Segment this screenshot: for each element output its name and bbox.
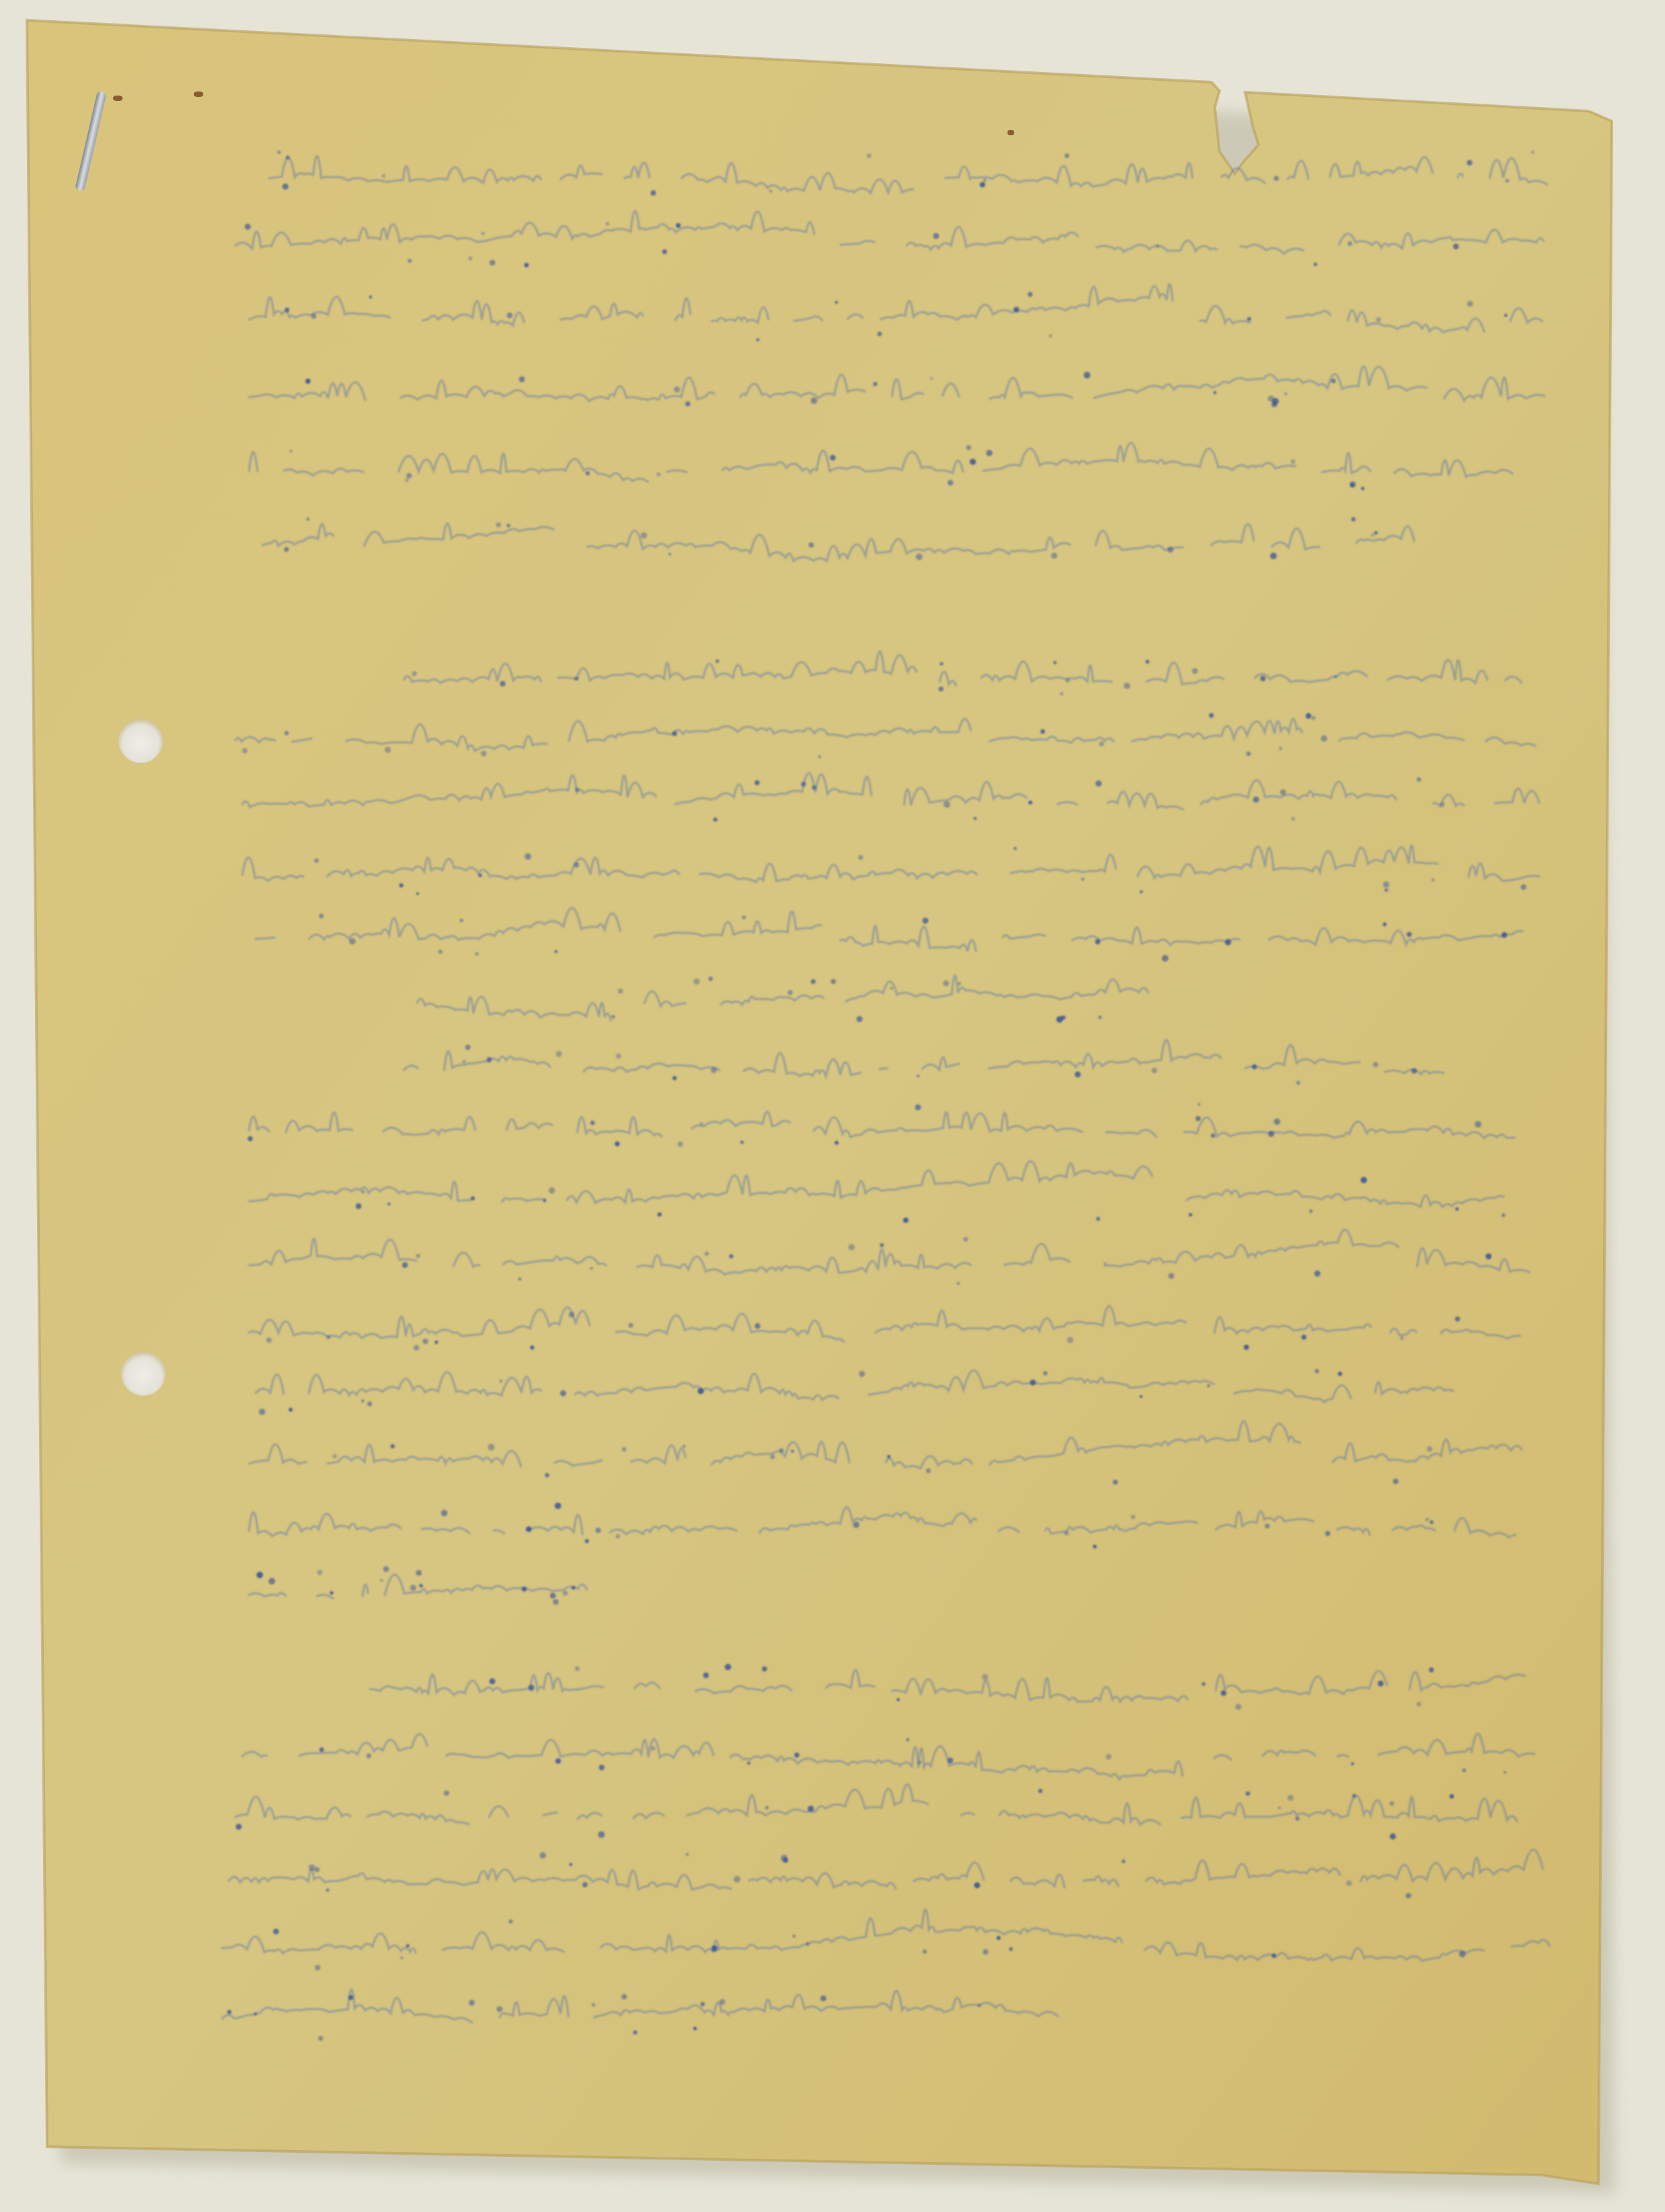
ink-dot (1192, 668, 1198, 674)
ink-dot (526, 1526, 531, 1532)
ink-dot (682, 1445, 686, 1448)
ink-dot (858, 855, 863, 859)
ink-dot (408, 259, 411, 262)
ink-dot (1028, 292, 1032, 297)
ink-dot (1314, 1369, 1319, 1373)
ink-dot (1309, 1209, 1312, 1213)
ink-dot (974, 1882, 980, 1888)
ink-dot (1462, 1769, 1466, 1773)
ink-dot (1252, 1064, 1257, 1069)
ink-dot (1139, 1395, 1142, 1398)
ink-dot (1450, 1794, 1454, 1799)
ink-dot (507, 312, 513, 318)
ink-dot (926, 1468, 931, 1473)
ink-dot (245, 223, 251, 229)
ink-dot (1376, 317, 1381, 322)
ink-dot (319, 1747, 324, 1752)
ink-dot (940, 662, 944, 666)
ink-dot (658, 1213, 662, 1217)
ink-dot (575, 787, 579, 792)
ink-dot (1253, 797, 1259, 803)
ink-dot (543, 1199, 546, 1202)
ink-dot (1325, 1531, 1330, 1536)
ink-dot (756, 338, 759, 341)
ink-dot (1431, 878, 1434, 881)
ink-dot (812, 785, 816, 790)
ink-dot (820, 1995, 826, 2001)
ink-dot (1455, 1207, 1458, 1211)
ink-dot (406, 1944, 409, 1948)
ink-dot (1371, 534, 1374, 537)
ink-dot (1351, 1762, 1354, 1765)
ink-dot (311, 314, 316, 319)
ink-dot (678, 1141, 683, 1147)
ink-dot (966, 445, 971, 450)
ink-dot (693, 2027, 697, 2030)
ink-dot (399, 884, 403, 888)
ink-dot (873, 382, 878, 386)
ink-dot (618, 989, 623, 994)
ink-dot (725, 1664, 731, 1670)
ink-dot (400, 1956, 403, 1959)
ink-dot (713, 818, 717, 822)
ink-dot (923, 918, 929, 924)
ink-dot (254, 2012, 257, 2015)
ink-dot (1236, 1704, 1242, 1710)
ink-dot (729, 1254, 733, 1258)
ink-dot (1028, 801, 1032, 805)
ink-dot (1501, 1213, 1505, 1217)
ink-dot (590, 1266, 593, 1269)
ink-dot (1272, 1954, 1277, 1958)
ink-dot (916, 554, 923, 561)
ink-dot (1291, 459, 1296, 464)
ink-dot (709, 976, 713, 981)
ink-dot (1168, 1273, 1174, 1279)
ink-dot (943, 980, 949, 987)
ink-dot (734, 1876, 740, 1883)
ink-dot (948, 480, 954, 486)
ink-dot (416, 1570, 422, 1576)
ink-dot (1246, 1791, 1250, 1796)
ink-dot (596, 1528, 601, 1533)
ink-dot (571, 1586, 575, 1590)
ink-dot (361, 1190, 365, 1193)
ink-dot (1505, 179, 1509, 182)
ink-dot (598, 1831, 605, 1838)
ink-dot (1503, 1771, 1506, 1773)
ink-dot (633, 2030, 637, 2034)
ink-dot (622, 1447, 627, 1452)
ink-dot (1417, 777, 1421, 781)
ink-dot (500, 681, 506, 687)
ink-dot (719, 1999, 725, 2005)
ink-dot (497, 2006, 503, 2012)
ink-dot (672, 731, 677, 736)
ink-dot (923, 1950, 927, 1954)
ink-dot (383, 1566, 389, 1572)
ink-dot (349, 938, 356, 945)
ink-dot (289, 450, 292, 452)
ink-dot (685, 401, 690, 406)
ink-dot (326, 1335, 330, 1339)
ink-dot (410, 1585, 416, 1591)
ink-dot (1296, 1816, 1300, 1820)
ink-dot (540, 1852, 546, 1858)
ink-dot (887, 1455, 890, 1458)
ink-dot (1014, 847, 1017, 851)
ink-dot (277, 151, 281, 154)
ink-dot (1429, 1520, 1433, 1524)
ink-dot (794, 1752, 800, 1758)
ink-dot (762, 1666, 767, 1672)
ink-dot (963, 1237, 968, 1242)
ink-dot (1038, 1789, 1042, 1793)
ink-dot (1284, 392, 1287, 395)
ink-dot (1065, 153, 1069, 158)
ink-dot (289, 1408, 293, 1412)
ink-dot (915, 1104, 921, 1110)
ink-dot (369, 295, 371, 298)
ink-dot (616, 1534, 620, 1538)
ink-dot (236, 1824, 242, 1830)
ink-dot (809, 542, 814, 548)
ink-dot (545, 1473, 549, 1477)
ink-dot (621, 1994, 627, 1999)
ink-dot (740, 1141, 744, 1144)
ink-dot (1302, 1334, 1307, 1340)
ink-dot (1260, 676, 1265, 681)
ink-dot (1346, 1880, 1351, 1886)
ink-dot (306, 518, 309, 520)
ink-dot (1504, 314, 1507, 316)
ink-dot (468, 256, 472, 260)
ink-dot (1061, 1015, 1066, 1020)
ink-dot (1209, 713, 1213, 717)
ink-dot (1383, 923, 1387, 927)
ink-dot (1425, 1518, 1429, 1521)
ink-dot (1401, 1336, 1404, 1340)
ink-dot (629, 1323, 633, 1328)
ink-dot (1075, 1071, 1081, 1077)
ink-dot (1338, 1371, 1343, 1376)
ink-dot (791, 1450, 794, 1453)
ink-dot (1352, 1794, 1356, 1798)
ink-dot (489, 260, 495, 266)
ink-dot (488, 1444, 495, 1451)
ink-dot (958, 982, 961, 985)
ink-dot (385, 747, 391, 753)
ink-dot (830, 979, 836, 985)
ink-dot (548, 1187, 555, 1193)
ink-dot (705, 1252, 709, 1256)
ink-dot (614, 1141, 619, 1146)
ink-dot (481, 232, 484, 235)
ink-dot (651, 190, 656, 196)
ink-dot (1065, 678, 1069, 682)
ink-dot (711, 1946, 717, 1952)
ink-dot (701, 2002, 705, 2007)
ink-dot (1268, 1131, 1274, 1137)
ink-dot (469, 2000, 475, 2006)
ink-dot (402, 1262, 408, 1268)
ink-dot (519, 376, 525, 382)
ink-dot (880, 1243, 884, 1247)
ink-dot (1162, 955, 1168, 962)
ink-dot (309, 1864, 316, 1871)
ink-dot (1202, 1682, 1206, 1686)
ink-dot (1314, 1271, 1320, 1277)
paper-sheet (0, 0, 1665, 2212)
ink-dot (242, 748, 248, 754)
document-scan: Aged yellow paper sheet with faint blue-… (0, 0, 1665, 2212)
ink-dot (1124, 683, 1130, 689)
ink-dot (674, 386, 680, 392)
ink-dot (747, 1761, 750, 1764)
ink-dot (1272, 398, 1279, 404)
ink-dot (248, 1136, 253, 1141)
ink-dot (1406, 1893, 1411, 1898)
ink-dot (555, 1758, 561, 1764)
ink-dot (366, 1754, 371, 1758)
ink-dot (715, 659, 719, 663)
ink-dot (977, 2003, 981, 2007)
ink-dot (499, 1380, 502, 1382)
ink-dot (787, 990, 792, 995)
ink-dot (957, 1282, 960, 1285)
ink-dot (1189, 1213, 1192, 1217)
ink-dot (1351, 517, 1356, 522)
ink-dot (586, 471, 590, 475)
ink-dot (818, 756, 821, 758)
ink-dot (460, 919, 462, 922)
ink-dot (1411, 1068, 1417, 1073)
ink-dot (754, 780, 759, 785)
ink-dot (1213, 391, 1217, 394)
ink-dot (419, 1584, 423, 1587)
ink-dot (754, 1323, 760, 1329)
ink-dot (1106, 1754, 1112, 1760)
ink-dot (465, 1044, 470, 1050)
ink-dot (1095, 939, 1100, 944)
ink-dot (367, 1402, 372, 1406)
ink-dot (1440, 801, 1445, 807)
ink-dot (361, 1400, 364, 1402)
ink-dot (475, 952, 479, 956)
ink-dot (317, 1570, 322, 1575)
ink-dot (792, 1935, 795, 1938)
ink-dot (1093, 1544, 1097, 1548)
ink-dot (686, 1853, 688, 1855)
ink-dot (896, 1698, 900, 1701)
ink-dot (857, 1016, 863, 1022)
ink-dot (319, 914, 324, 919)
ink-dot (555, 950, 557, 953)
ink-dot (563, 1590, 568, 1596)
ink-dot (470, 1197, 474, 1201)
ink-dot (933, 233, 939, 239)
ink-dot (1014, 307, 1020, 313)
ink-dot (1429, 1668, 1434, 1673)
ink-dot (693, 978, 699, 985)
ink-dot (273, 1929, 279, 1935)
ink-dot (585, 1539, 589, 1543)
ink-dot (1207, 1384, 1209, 1387)
ink-dot (948, 1758, 954, 1764)
ink-dot (522, 1586, 527, 1592)
ink-dot (1373, 1062, 1378, 1067)
ink-dot (1247, 317, 1251, 321)
ink-dot (1501, 932, 1508, 938)
ink-dot (1331, 378, 1336, 383)
ink-dot (348, 1995, 353, 1999)
ink-dot (830, 455, 835, 460)
ink-dot (982, 1674, 988, 1680)
ink-dot (770, 1454, 775, 1459)
ink-dot (742, 915, 746, 919)
ink-dot (1407, 932, 1412, 937)
ink-dot (1466, 160, 1472, 166)
ink-dot (611, 1015, 614, 1018)
ink-dot (553, 1599, 559, 1604)
ink-dot (1361, 487, 1364, 490)
ink-dot (616, 1053, 621, 1059)
paper-mark (1007, 130, 1014, 135)
ink-dot (356, 1203, 362, 1209)
ink-dot (890, 987, 893, 989)
ink-dot (662, 249, 667, 254)
ink-dot (441, 1510, 448, 1517)
ink-dot (405, 478, 409, 483)
ink-dot (711, 1067, 717, 1073)
ink-dot (284, 731, 289, 736)
ink-dot (1221, 1690, 1226, 1696)
ink-dot (1278, 1806, 1281, 1809)
ink-dot (592, 2003, 595, 2006)
ink-dot (980, 182, 985, 187)
ink-dot (806, 1942, 810, 1946)
ink-dot (1104, 1262, 1106, 1265)
ink-dot (285, 308, 289, 312)
ink-dot (917, 1074, 920, 1077)
ink-dot (1320, 736, 1327, 742)
ink-dot (1306, 713, 1311, 719)
ink-dot (525, 853, 532, 860)
ink-dot (1274, 1118, 1281, 1125)
ink-dot (479, 873, 483, 878)
ink-dot (656, 472, 660, 476)
ink-dot (867, 153, 872, 158)
ink-dot (1067, 1336, 1073, 1343)
ink-dot (528, 1684, 534, 1690)
ink-dot (382, 174, 385, 178)
ink-dot (801, 781, 806, 787)
ink-dot (1374, 531, 1378, 534)
ink-dot (811, 397, 818, 404)
ink-dot (1131, 1515, 1135, 1520)
ink-dot (1030, 1380, 1036, 1386)
ink-dot (1099, 742, 1104, 746)
ink-dot (318, 2036, 323, 2040)
ink-dot (550, 1593, 556, 1599)
ink-dot (1521, 884, 1526, 890)
ink-dot (1393, 1478, 1398, 1484)
ink-dot (496, 522, 501, 528)
ink-dot (1244, 1345, 1249, 1350)
ink-dot (903, 1217, 909, 1223)
ink-dot (1274, 176, 1279, 181)
ink-dot (1140, 890, 1143, 893)
ink-dot (1064, 1531, 1069, 1536)
ink-dot (435, 1341, 438, 1344)
ink-dot (1334, 675, 1337, 678)
ink-dot (1246, 752, 1251, 756)
ink-dot (259, 1408, 266, 1415)
ink-dot (284, 547, 289, 552)
ink-dot (917, 1760, 921, 1764)
ink-dot (326, 1888, 329, 1892)
ink-dot (380, 1579, 384, 1582)
ink-dot (1417, 1702, 1421, 1706)
ink-dot (524, 263, 529, 268)
ink-dot (944, 801, 950, 808)
ink-dot (1122, 1859, 1125, 1863)
ink-dot (1098, 1015, 1102, 1019)
ink-dot (1197, 1103, 1200, 1106)
ink-dot (416, 892, 419, 895)
ink-dot (1390, 1833, 1396, 1839)
ink-dot (1314, 262, 1317, 266)
ink-dot (1265, 1524, 1269, 1528)
ink-dot (1347, 241, 1352, 246)
ink-dot (1096, 781, 1102, 787)
ink-dot (1291, 817, 1295, 820)
ink-dot (1049, 334, 1052, 337)
ink-dot (489, 1678, 495, 1684)
ink-dot (783, 1857, 788, 1863)
ink-dot (1060, 692, 1063, 696)
ink-dot (769, 190, 773, 193)
ink-dot (698, 1388, 704, 1394)
ink-dot (414, 1345, 419, 1350)
ink-dot (970, 459, 976, 465)
ink-dot (256, 1571, 263, 1578)
ink-dot (555, 1503, 561, 1509)
ink-dot (330, 1591, 333, 1594)
ink-dot (487, 1057, 492, 1063)
ink-dot (1145, 660, 1149, 664)
ink-dot (641, 532, 647, 538)
ink-dot (986, 450, 992, 456)
ink-dot (416, 1254, 420, 1258)
ink-dot (267, 1337, 272, 1343)
ink-dot (983, 178, 987, 182)
ink-dot (509, 1919, 513, 1923)
ink-dot (285, 155, 289, 159)
ink-dot (1051, 552, 1057, 559)
ink-dot (703, 1672, 709, 1678)
ink-dot (462, 1060, 466, 1063)
ink-dot (1384, 888, 1388, 892)
ink-dot (314, 858, 318, 862)
ink-dot (983, 1949, 988, 1954)
ink-dot (939, 686, 944, 691)
ink-dot (700, 1122, 703, 1125)
ink-dot (315, 1965, 320, 1970)
ink-dot (853, 1522, 859, 1528)
ink-dot (1485, 1253, 1491, 1259)
ink-dot (1531, 151, 1534, 153)
